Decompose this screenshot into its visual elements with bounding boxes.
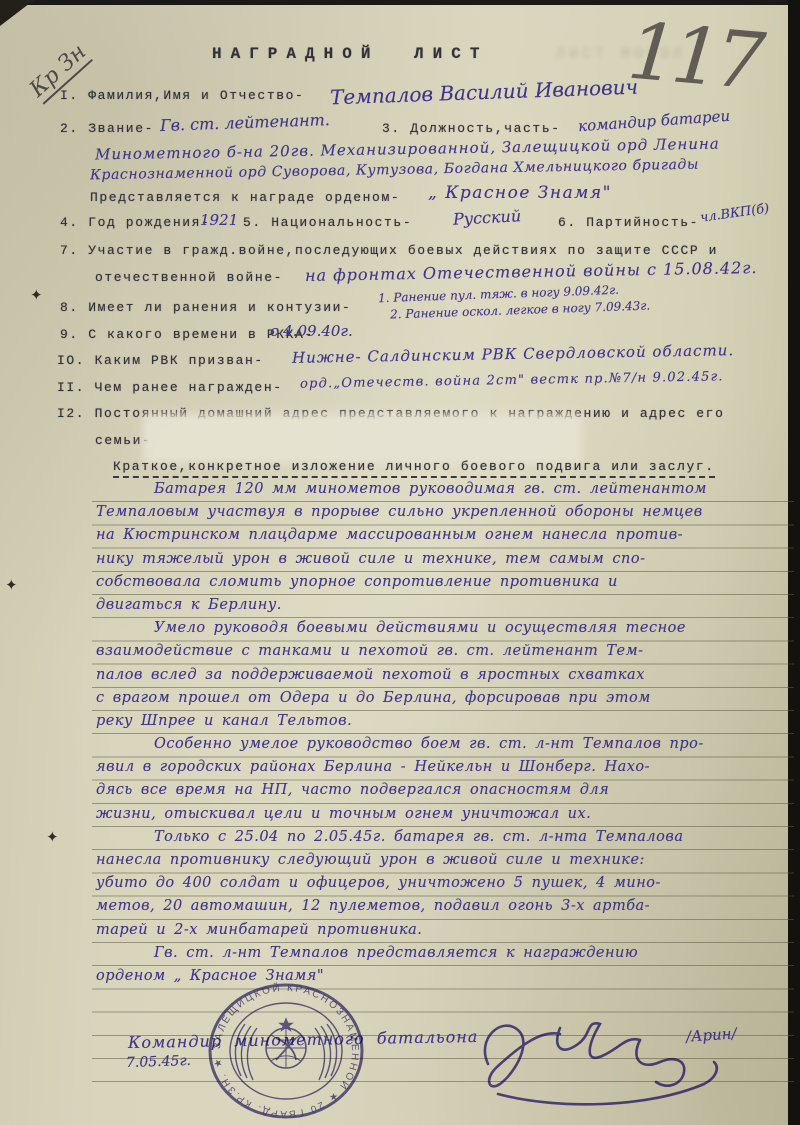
feat-section-header: Краткое,конкретное изложение личного бое… — [113, 459, 715, 478]
feat-line: с врагом прошел от Одера и до Берлина, ф… — [96, 687, 796, 710]
field-11-label: II. Чем ранее награжден- — [57, 380, 283, 395]
feat-line: реку Шпрее и канал Тельтов. — [96, 710, 796, 733]
feat-line: на Кюстринском плацдарме массированным о… — [96, 524, 796, 547]
feat-line: нанесла противнику следующий урон в живо… — [96, 849, 796, 872]
feat-line: нику тяжелый урон в живой силе и технике… — [96, 548, 796, 571]
field-1-value: Темпалов Василий Иванович — [330, 75, 639, 110]
feat-line: Особенно умелое руководство боем гв. ст.… — [96, 733, 796, 756]
document-title: НАГРАДНОЙ ЛИСТ — [212, 45, 488, 63]
field-7-label-line1: 7. Участие в гражд.войне,последующих бое… — [60, 243, 718, 258]
margin-star-icon: ✦ — [46, 828, 59, 846]
field-11-value: орд.„Отечеств. война 2ст" вестк пр.№7/н … — [300, 369, 724, 391]
field-7-label-line2: отечественной войне- — [95, 270, 283, 285]
field-3-value-line1: командир батареи — [578, 107, 731, 136]
field-4-value: 1921 — [200, 211, 238, 229]
margin-star-icon: ✦ — [30, 286, 43, 304]
feat-line: тарей и 2-х минбатарей противника. — [96, 919, 796, 942]
field-4-label: 4. Год рождения- — [60, 215, 210, 230]
field-5-value: Русский — [453, 206, 522, 229]
field-2-label: 2. Звание- — [60, 121, 154, 136]
date-line: 7.05.45г. — [126, 1053, 191, 1071]
feat-line: Темпаловым участвуя в прорыве сильно укр… — [96, 501, 796, 524]
feat-line: Умело руководя боевыми действиями и осущ… — [96, 617, 796, 640]
signature-flourish — [468, 998, 738, 1118]
feat-line: явил в городских районах Берлина - Нейке… — [96, 756, 796, 779]
award-sheet-document: Кр Зн 117 ЛИСТ МОГОЛ НАГРАДНОЙ ЛИСТ I. Ф… — [0, 0, 800, 1125]
feat-line: орденом „ Красное Знамя" — [96, 965, 796, 988]
feat-line: двигаться к Берлину. — [96, 594, 796, 617]
field-3-label: 3. Должность,часть- — [382, 121, 561, 136]
feat-line: Батарея 120 мм минометов руководимая гв.… — [96, 478, 796, 501]
feat-line: убито до 400 солдат и офицеров, уничтоже… — [96, 872, 796, 895]
feat-line: дясь все время на НП, часто подвергался … — [96, 779, 796, 802]
present-award-label: Представляется к награде орденом- — [90, 190, 400, 205]
feat-line: Гв. ст. л-нт Темпалов представляется к н… — [96, 942, 796, 965]
field-7-value: на фронтах Отечественной войны с 15.08.4… — [305, 258, 758, 285]
field-2-value: Гв. ст. лейтенант. — [160, 110, 330, 135]
field-9-value: с 4.09.40г. — [270, 322, 353, 340]
scan-corner-top-left — [0, 0, 34, 26]
field-8-label: 8. Имеет ли ранения и контузии- — [60, 300, 351, 315]
field-10-label: IO. Каким РВК призван- — [57, 353, 264, 368]
field-5-label: 5. Национальность- — [243, 215, 412, 230]
field-12-label-line2: семьи- — [95, 433, 151, 448]
present-award-value: „ Красное Знамя" — [428, 183, 612, 203]
field-10-value: Нижне- Салдинским РВК Свердловской облас… — [292, 341, 734, 367]
ghost-print: ЛИСТ МОГОЛ — [556, 46, 686, 63]
feat-line: взаимодействие с танками и пехотой гв. с… — [96, 640, 796, 663]
field-1-label: I. Фамилия,Имя и Отчество- — [60, 88, 304, 103]
feat-description: Батарея 120 мм минометов руководимая гв.… — [96, 478, 796, 988]
feat-line: палов вслед за поддерживаемой пехотой в … — [96, 664, 796, 687]
field-6-value: чл.ВКП(б) — [699, 201, 770, 226]
margin-star-icon: ✦ — [5, 576, 18, 594]
official-stamp: ЗАЛЕЩИЦКОЙ КРАСНОЗНАМЕННОЙ ★ 20 ГВАРД. К… — [203, 980, 369, 1122]
feat-line: метов, 20 автомашин, 12 пулеметов, подав… — [96, 895, 796, 918]
field-6-label: 6. Партийность- — [558, 215, 699, 230]
feat-line: собствовала сломить упорное сопротивлени… — [96, 571, 796, 594]
redacted-address-block — [148, 419, 576, 458]
feat-line: Только с 25.04 по 2.05.45г. батарея гв. … — [96, 826, 796, 849]
scan-edge-top — [0, 0, 800, 5]
feat-line: жизни, отыскивал цели и точным огнем уни… — [96, 803, 796, 826]
